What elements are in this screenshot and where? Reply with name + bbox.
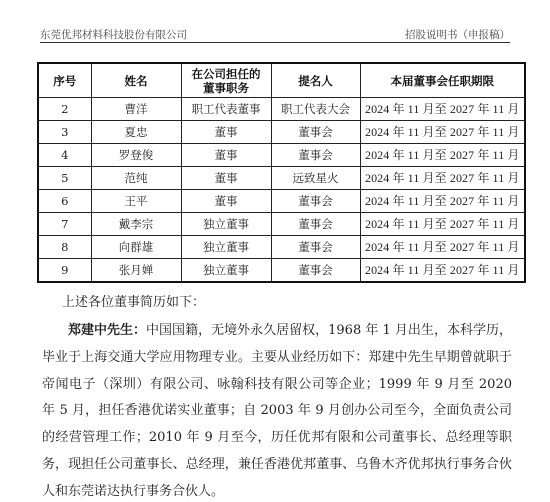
table-row: 9 张月婵 独立董事 董事会 2024 年 11 月至 2027 年 11 月 — [38, 259, 525, 283]
cell-nominator: 董事会 — [271, 190, 360, 213]
company-name: 东莞优邦材料科技股份有限公司 — [40, 29, 187, 41]
page-header: 东莞优邦材料科技股份有限公司 招股说明书（申报稿） — [40, 29, 510, 43]
director-bio-text: 中国国籍，无境外永久居留权，1968 年 1 月出生，本科学历，毕业于上海交通大… — [42, 323, 512, 499]
cell-name: 向群雄 — [91, 236, 181, 259]
director-bio: 郑建中先生：中国国籍，无境外永久居留权，1968 年 1 月出生，本科学历，毕业… — [42, 318, 512, 502]
cell-position: 董事 — [181, 144, 271, 167]
table-row: 6 王平 董事 董事会 2024 年 11 月至 2027 年 11 月 — [38, 190, 525, 213]
table-row: 3 夏忠 董事 董事会 2024 年 11 月至 2027 年 11 月 — [38, 121, 525, 144]
cell-no: 7 — [38, 213, 91, 236]
col-header-position: 在公司担任的 董事职务 — [181, 63, 271, 98]
cell-no: 3 — [38, 121, 91, 144]
cell-position: 职工代表董事 — [181, 98, 271, 121]
cell-no: 6 — [38, 190, 91, 213]
col-header-position-line2: 董事职务 — [203, 81, 249, 95]
col-header-term: 本届董事会任职期限 — [360, 63, 525, 98]
table-row: 7 戴李宗 独立董事 董事会 2024 年 11 月至 2027 年 11 月 — [38, 213, 525, 236]
table-row: 2 曹洋 职工代表董事 职工代表大会 2024 年 11 月至 2027 年 1… — [38, 98, 525, 121]
cell-term: 2024 年 11 月至 2027 年 11 月 — [360, 98, 525, 121]
cell-position: 董事 — [181, 167, 271, 190]
cell-term: 2024 年 11 月至 2027 年 11 月 — [360, 190, 525, 213]
cell-name: 戴李宗 — [91, 213, 181, 236]
cell-name: 范纯 — [91, 167, 181, 190]
table-row: 5 范纯 董事 远致星火 2024 年 11 月至 2027 年 11 月 — [38, 167, 525, 190]
cell-name: 张月婵 — [91, 259, 181, 283]
cell-position: 董事 — [181, 190, 271, 213]
cell-name: 罗登俊 — [91, 144, 181, 167]
cell-term: 2024 年 11 月至 2027 年 11 月 — [360, 236, 525, 259]
document-title: 招股说明书（申报稿） — [405, 29, 510, 41]
cell-term: 2024 年 11 月至 2027 年 11 月 — [360, 259, 525, 283]
cell-name: 王平 — [91, 190, 181, 213]
cell-nominator: 董事会 — [271, 259, 360, 283]
table-row: 8 向群雄 独立董事 董事会 2024 年 11 月至 2027 年 11 月 — [38, 236, 525, 259]
cell-nominator: 职工代表大会 — [271, 98, 360, 121]
cell-position: 独立董事 — [181, 213, 271, 236]
cell-nominator: 董事会 — [271, 144, 360, 167]
cell-position: 独立董事 — [181, 236, 271, 259]
cell-term: 2024 年 11 月至 2027 年 11 月 — [360, 167, 525, 190]
cell-term: 2024 年 11 月至 2027 年 11 月 — [360, 144, 525, 167]
cell-position: 董事 — [181, 121, 271, 144]
directors-table: 序号 姓名 在公司担任的 董事职务 提名人 本届董事会任职期限 2 曹洋 职工代… — [37, 62, 526, 283]
table-row: 4 罗登俊 董事 董事会 2024 年 11 月至 2027 年 11 月 — [38, 144, 525, 167]
col-header-no: 序号 — [38, 63, 91, 98]
cell-no: 8 — [38, 236, 91, 259]
cell-nominator: 董事会 — [271, 121, 360, 144]
cell-name: 曹洋 — [91, 98, 181, 121]
cell-term: 2024 年 11 月至 2027 年 11 月 — [360, 213, 525, 236]
col-header-name: 姓名 — [91, 63, 181, 98]
bio-intro: 上述各位董事简历如下： — [62, 291, 205, 310]
col-header-position-line1: 在公司担任的 — [192, 67, 261, 81]
cell-nominator: 远致星火 — [271, 167, 360, 190]
cell-no: 5 — [38, 167, 91, 190]
table-header-row: 序号 姓名 在公司担任的 董事职务 提名人 本届董事会任职期限 — [38, 63, 525, 98]
cell-term: 2024 年 11 月至 2027 年 11 月 — [360, 121, 525, 144]
cell-nominator: 董事会 — [271, 236, 360, 259]
cell-position: 独立董事 — [181, 259, 271, 283]
cell-no: 4 — [38, 144, 91, 167]
cell-no: 9 — [38, 259, 91, 283]
director-name: 郑建中先生： — [68, 323, 146, 338]
col-header-nominator: 提名人 — [271, 63, 360, 98]
cell-nominator: 董事会 — [271, 213, 360, 236]
cell-name: 夏忠 — [91, 121, 181, 144]
cell-no: 2 — [38, 98, 91, 121]
